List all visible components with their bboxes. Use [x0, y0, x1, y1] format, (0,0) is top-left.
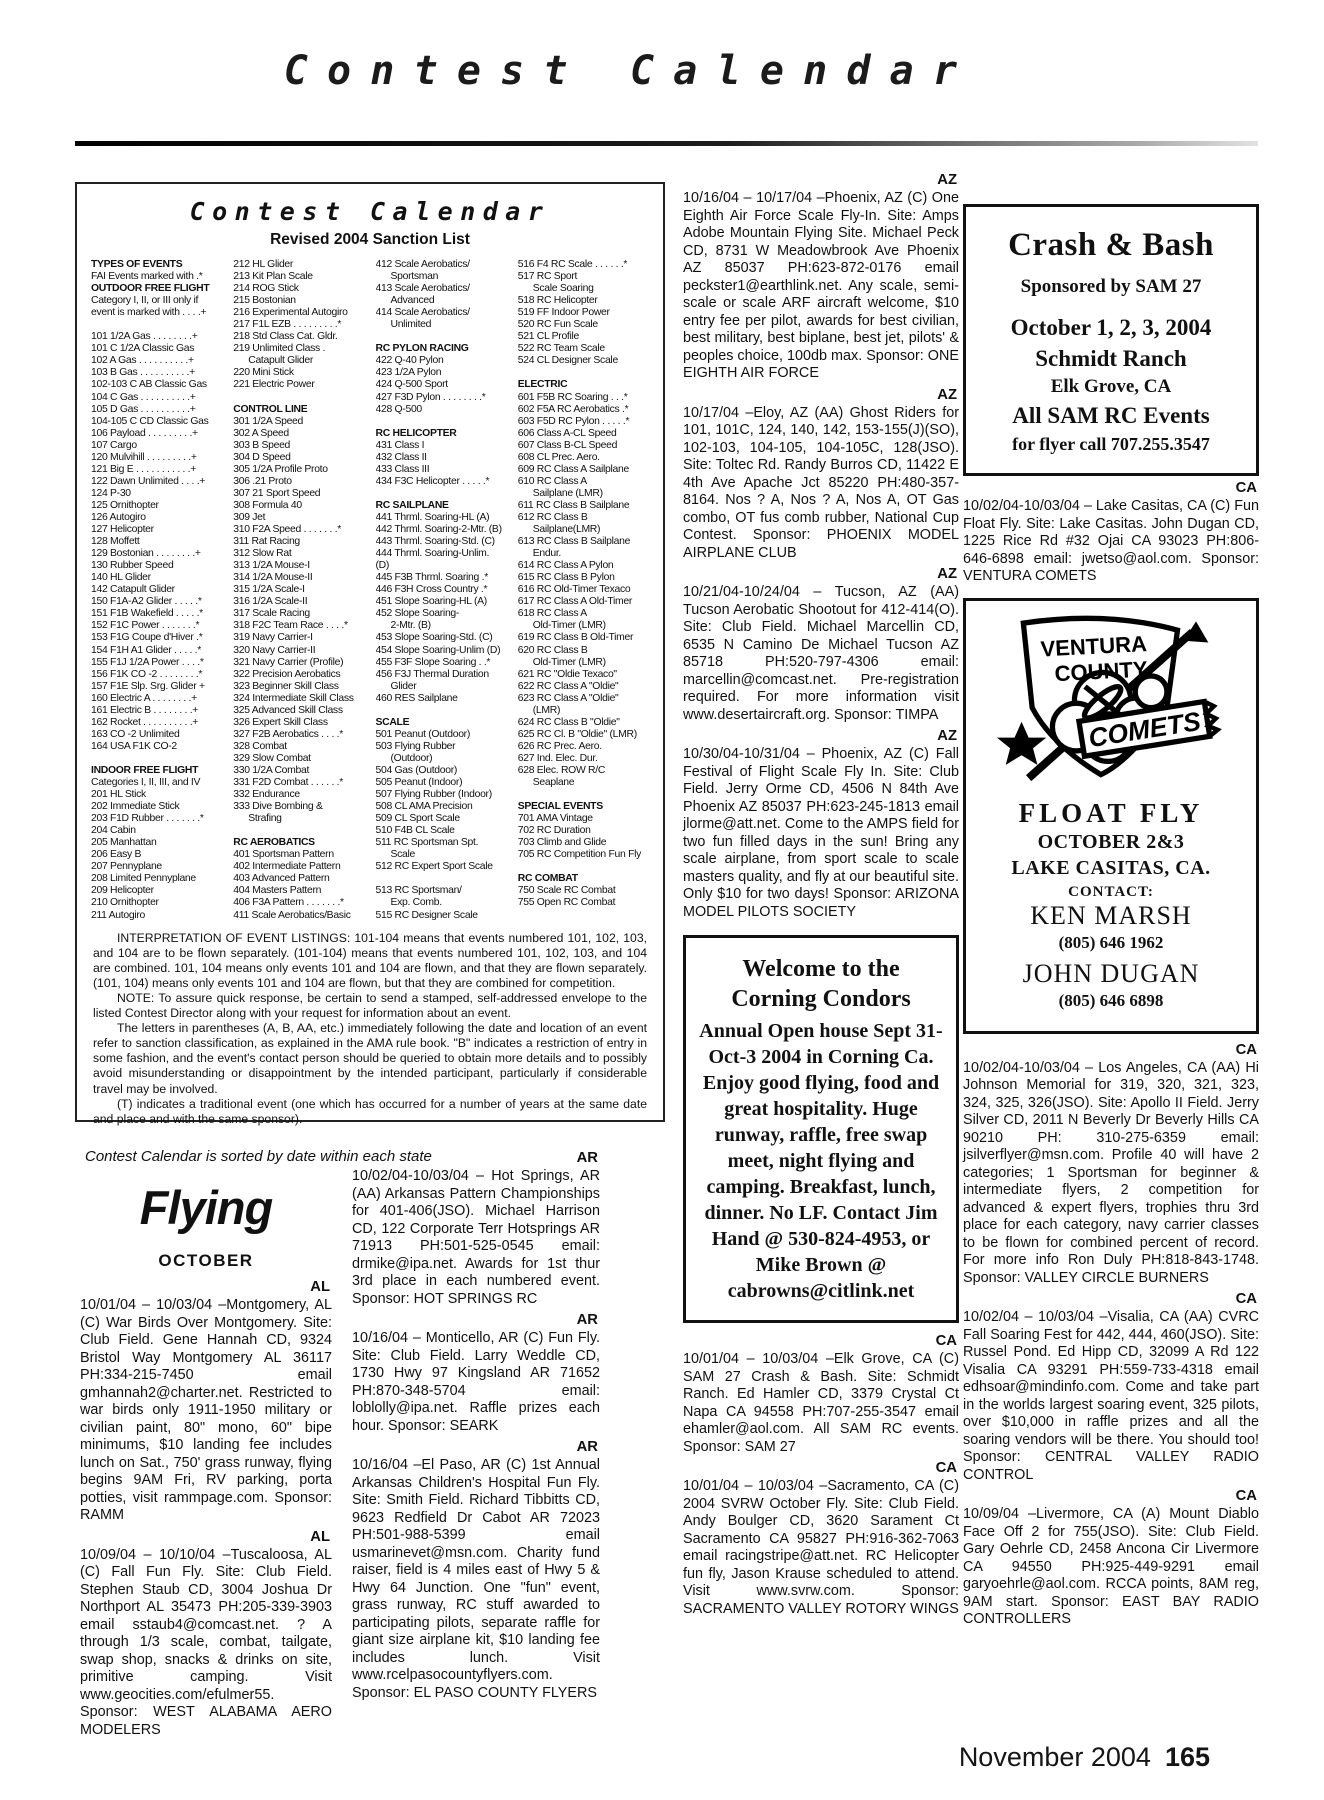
- sanction-column-4: 516 F4 RC Scale . . . . . .*517 RC Sport…: [518, 259, 651, 922]
- corning-condors-ad: Welcome to the Corning Condors Annual Op…: [683, 935, 959, 1323]
- sanction-line: 452 Slope Soaring-: [376, 608, 509, 620]
- sanction-line: 140 HL Glider: [91, 572, 224, 584]
- sanction-line: 153 F1G Coupe d'Hiver .*: [91, 632, 224, 644]
- sanction-line: [376, 488, 509, 500]
- sanction-line: 442 Thrml. Soaring-2-Mtr. (B): [376, 524, 509, 536]
- event-listing: 10/02/04-10/03/04 – Hot Springs, AR (AA)…: [352, 1168, 600, 1308]
- state-label: CA: [963, 1291, 1257, 1308]
- sanction-line: 609 RC Class A Sailplane: [518, 464, 651, 476]
- sanction-line: 619 RC Class B Old-Timer: [518, 632, 651, 644]
- sanction-line: 316 1/2A Scale-II: [233, 596, 366, 608]
- sanction-line: 303 B Speed: [233, 440, 366, 452]
- sanction-line: 322 Precision Aerobatics: [233, 669, 366, 681]
- sanction-line: RC HELICOPTER: [376, 428, 509, 440]
- header-rule: [75, 141, 1258, 146]
- ad-line: FLOAT FLY: [972, 798, 1250, 829]
- sanction-line: 518 RC Helicopter: [518, 295, 651, 307]
- ventura-comets-logo: VENTURA COUNTY COMETS: [978, 609, 1245, 794]
- sanction-line: 221 Electric Power: [233, 379, 366, 391]
- sanction-line: [91, 753, 224, 765]
- crash-bash-ad: Crash & BashSponsored by SAM 27October 1…: [963, 204, 1259, 476]
- sanction-line: 327 F2B Aerobatics . . . .*: [233, 729, 366, 741]
- sanction-line: 212 HL Glider: [233, 259, 366, 271]
- sanction-line: 446 F3H Cross Country .*: [376, 584, 509, 596]
- sanction-line: 423 1/2A Pylon: [376, 367, 509, 379]
- sanction-line: 323 Beginner Skill Class: [233, 681, 366, 693]
- sanction-line: [376, 331, 509, 343]
- sanction-line: 2-Mtr. (B): [376, 620, 509, 632]
- sanction-line: RC PYLON RACING: [376, 343, 509, 355]
- sanction-line: 441 Thrml. Soaring-HL (A): [376, 512, 509, 524]
- sanction-line: 504 Gas (Outdoor): [376, 765, 509, 777]
- sanction-line: 608 CL Prec. Aero.: [518, 452, 651, 464]
- sanction-line: 154 F1H A1 Glider . . . . .*: [91, 645, 224, 657]
- sanction-line: 610 RC Class A: [518, 476, 651, 488]
- sanction-line: 455 F3F Slope Soaring . .*: [376, 657, 509, 669]
- sanction-line: 305 1/2A Profile Proto: [233, 464, 366, 476]
- sanction-line: 214 ROG Stick: [233, 283, 366, 295]
- sanction-line: 615 RC Class B Pylon: [518, 572, 651, 584]
- sanction-line: 208 Limited Pennyplane: [91, 873, 224, 885]
- sanction-line: 331 F2D Combat . . . . . .*: [233, 777, 366, 789]
- sanction-line: 616 RC Old-Timer Texaco: [518, 584, 651, 596]
- column-az-ca: AZ10/16/04 – 10/17/04 –Phoenix, AZ (C) O…: [683, 168, 959, 1620]
- sanction-line: 404 Masters Pattern: [233, 885, 366, 897]
- state-label: CA: [963, 1042, 1257, 1059]
- ventura-comets-ad: VENTURA COUNTY COMETS FLOAT FLYOCTOBER 2…: [963, 598, 1259, 1034]
- sanction-line: 623 RC Class A "Oldie": [518, 693, 651, 705]
- sanction-line: 301 1/2A Speed: [233, 416, 366, 428]
- sanction-line: 102 A Gas . . . . . . . . . .+: [91, 355, 224, 367]
- sanction-line: Scale: [376, 849, 509, 861]
- sanction-line: 432 Class II: [376, 452, 509, 464]
- sanction-line: 621 RC "Oldie Texaco": [518, 669, 651, 681]
- sanction-line: (D): [376, 560, 509, 572]
- sanction-line: Exp. Comb.: [376, 897, 509, 909]
- sanction-list-box: Contest Calendar Revised 2004 Sanction L…: [75, 182, 665, 1122]
- sanction-line: 703 Climb and Glide: [518, 837, 651, 849]
- ad-line: All SAM RC Events: [970, 400, 1252, 431]
- column-right-ca: Crash & BashSponsored by SAM 27October 1…: [963, 190, 1259, 1631]
- state-label: AR: [352, 1439, 598, 1456]
- state-label: AR: [352, 1150, 598, 1167]
- sanction-line: 422 Q-40 Pylon: [376, 355, 509, 367]
- sanction-line: Categories I, II, III, and IV: [91, 777, 224, 789]
- sanction-line: 202 Immediate Stick: [91, 801, 224, 813]
- sanction-line: 126 Autogiro: [91, 512, 224, 524]
- ca-right-top-listings: CA10/02/04-10/03/04 – Lake Casitas, CA (…: [963, 480, 1259, 586]
- sanction-line: 317 Scale Racing: [233, 608, 366, 620]
- sanction-line: 162 Rocket . . . . . . . . . .+: [91, 717, 224, 729]
- sanction-line: 102-103 C AB Classic Gas: [91, 379, 224, 391]
- sanction-line: 613 RC Class B Sailplane: [518, 536, 651, 548]
- sanction-column-1: TYPES OF EVENTSFAI Events marked with .*…: [91, 259, 224, 922]
- sanction-line: 306 .21 Proto: [233, 476, 366, 488]
- interpretation-paragraph: The letters in parentheses (A, B, AA, et…: [93, 1021, 647, 1096]
- sanction-line: 521 CL Profile: [518, 331, 651, 343]
- sanction-line: Category I, II, or III only if: [91, 295, 224, 307]
- ad-line: OCTOBER 2&3: [972, 829, 1250, 855]
- sanction-line: (Outdoor): [376, 753, 509, 765]
- ad-line: for flyer call 707.255.3547: [970, 434, 1252, 455]
- state-label: AR: [352, 1312, 598, 1329]
- sanction-line: 216 Experimental Autogiro: [233, 307, 366, 319]
- state-label: AL: [80, 1279, 330, 1296]
- sanction-line: 130 Rubber Speed: [91, 560, 224, 572]
- sanction-line: RC AEROBATICS: [233, 837, 366, 849]
- sanction-line: 414 Scale Aerobatics/: [376, 307, 509, 319]
- sanction-line: 454 Slope Soaring-Unlim (D): [376, 645, 509, 657]
- sanction-column-2: 212 HL Glider213 Kit Plan Scale214 ROG S…: [233, 259, 366, 922]
- sanction-line: 451 Slope Soaring-HL (A): [376, 596, 509, 608]
- sanction-line: 617 RC Class A Old-Timer: [518, 596, 651, 608]
- sanction-line: 601 F5B RC Soaring . . .*: [518, 392, 651, 404]
- event-listing: 10/01/04 – 10/03/04 –Sacramento, CA (C) …: [683, 1478, 959, 1618]
- event-listing: 10/21/04-10/24/04 – Tucson, AZ (AA) Tucs…: [683, 584, 959, 724]
- sanction-line: 509 CL Sport Scale: [376, 813, 509, 825]
- sanction-line: RC COMBAT: [518, 873, 651, 885]
- sanction-line: 325 Advanced Skill Class: [233, 705, 366, 717]
- sanction-line: 406 F3A Pattern . . . . . . .*: [233, 897, 366, 909]
- page-title: Contest Calendar: [75, 48, 1185, 94]
- sanction-line: Sportsman: [376, 271, 509, 283]
- sanction-line: 308 Formula 40: [233, 500, 366, 512]
- sanction-line: 211 Autogiro: [91, 910, 224, 922]
- sanction-line: 309 Jet: [233, 512, 366, 524]
- column-flying-al: Flying OCTOBER AL10/01/04 – 10/03/04 –Mo…: [80, 1172, 332, 1741]
- event-listing: 10/09/04 –Livermore, CA (A) Mount Diablo…: [963, 1506, 1259, 1629]
- sanction-line: 128 Moffett: [91, 536, 224, 548]
- sanction-line: ELECTRIC: [518, 379, 651, 391]
- sanction-line: 103 B Gas . . . . . . . . . .+: [91, 367, 224, 379]
- ad-line: CONTACT:: [972, 884, 1250, 901]
- state-label: AZ: [683, 566, 957, 583]
- sanction-line: 310 F2A Speed . . . . . . .*: [233, 524, 366, 536]
- sanction-line: 620 RC Class B: [518, 645, 651, 657]
- state-label: CA: [683, 1333, 957, 1350]
- sanction-line: 313 1/2A Mouse-I: [233, 560, 366, 572]
- sanction-line: 320 Navy Carrier-II: [233, 645, 366, 657]
- logo-star-icon: [996, 721, 1045, 764]
- sanction-line: 622 RC Class A "Oldie": [518, 681, 651, 693]
- ca-mid-listings: CA10/01/04 – 10/03/04 –Elk Grove, CA (C)…: [683, 1333, 959, 1618]
- ad-line: LAKE CASITAS, CA.: [972, 855, 1250, 881]
- event-listing: 10/17/04 –Eloy, AZ (AA) Ghost Riders for…: [683, 405, 959, 563]
- sanction-line: Old-Timer (LMR): [518, 657, 651, 669]
- sanction-line: 701 AMA Vintage: [518, 813, 651, 825]
- sanction-line: 433 Class III: [376, 464, 509, 476]
- sanction-line: 155 F1J 1/2A Power . . . .*: [91, 657, 224, 669]
- sanction-line: CONTROL LINE: [233, 404, 366, 416]
- sanction-line: Strafing: [233, 813, 366, 825]
- sanction-line: INDOOR FREE FLIGHT: [91, 765, 224, 777]
- sanction-line: 307 21 Sport Speed: [233, 488, 366, 500]
- sanction-line: 201 HL Stick: [91, 789, 224, 801]
- sanction-line: 203 F1D Rubber . . . . . . .*: [91, 813, 224, 825]
- sanction-line: 403 Advanced Pattern: [233, 873, 366, 885]
- sanction-line: 427 F3D Pylon . . . . . . . .*: [376, 392, 509, 404]
- sanction-line: 333 Dive Bombing &: [233, 801, 366, 813]
- sanction-line: 106 Payload . . . . . . . . .+: [91, 428, 224, 440]
- sanction-line: Catapult Glider: [233, 355, 366, 367]
- sanction-line: SCALE: [376, 717, 509, 729]
- state-label: AZ: [683, 728, 957, 745]
- sanction-column-3: 412 Scale Aerobatics/Sportsman413 Scale …: [376, 259, 509, 922]
- event-listing: 10/01/04 – 10/03/04 –Elk Grove, CA (C) S…: [683, 1351, 959, 1456]
- sanction-line: 626 RC Prec. Aero.: [518, 741, 651, 753]
- sanction-line: 501 Peanut (Outdoor): [376, 729, 509, 741]
- sanction-line: 512 RC Expert Sport Scale: [376, 861, 509, 873]
- ad-line: JOHN DUGAN: [972, 959, 1250, 989]
- sanction-line: [518, 861, 651, 873]
- corning-ad-title-line2: Corning Condors: [731, 986, 910, 1012]
- sanction-line: Sailplane (LMR): [518, 488, 651, 500]
- ventura-ad-lines: FLOAT FLYOCTOBER 2&3LAKE CASITAS, CA.CON…: [972, 798, 1250, 1012]
- sanction-line: 602 F5A RC Aerobatics .*: [518, 404, 651, 416]
- al-listings: AL10/01/04 – 10/03/04 –Montgomery, AL (C…: [80, 1279, 332, 1739]
- event-listing: 10/02/04-10/03/04 – Los Angeles, CA (AA)…: [963, 1060, 1259, 1288]
- sanction-line: 151 F1B Wakefield . . . . .*: [91, 608, 224, 620]
- sanction-columns: TYPES OF EVENTSFAI Events marked with .*…: [77, 249, 663, 922]
- sanction-line: 522 RC Team Scale: [518, 343, 651, 355]
- state-label: AL: [80, 1529, 330, 1546]
- sanction-line: 207 Pennyplane: [91, 861, 224, 873]
- sanction-line: 755 Open RC Combat: [518, 897, 651, 909]
- sanction-line: 614 RC Class A Pylon: [518, 560, 651, 572]
- sanction-line: 603 F5D RC Pylon . . . . .*: [518, 416, 651, 428]
- sanction-line: 312 Slow Rat: [233, 548, 366, 560]
- sanction-line: 105 D Gas . . . . . . . . . .+: [91, 404, 224, 416]
- state-label: AZ: [683, 172, 957, 189]
- sanction-line: Glider: [376, 681, 509, 693]
- sanction-line: 510 F4B CL Scale: [376, 825, 509, 837]
- sanction-line: 445 F3B Thrml. Soaring .*: [376, 572, 509, 584]
- sanction-line: 321 Navy Carrier (Profile): [233, 657, 366, 669]
- sanction-line: 318 F2C Team Race . . . .*: [233, 620, 366, 632]
- event-listing: 10/30/04-10/31/04 – Phoenix, AZ (C) Fall…: [683, 746, 959, 921]
- sanction-line: 304 D Speed: [233, 452, 366, 464]
- sanction-line: 209 Helicopter: [91, 885, 224, 897]
- footer-page-number: 165: [1165, 1742, 1210, 1772]
- sanction-line: 443 Thrml. Soaring-Std. (C): [376, 536, 509, 548]
- interpretation-notes: INTERPRETATION OF EVENT LISTINGS: 101-10…: [77, 922, 663, 1127]
- ad-line: Elk Grove, CA: [970, 374, 1252, 400]
- event-listing: 10/16/04 – Monticello, AR (C) Fun Fly. S…: [352, 1330, 600, 1435]
- sanction-line: 513 RC Sportsman/: [376, 885, 509, 897]
- sanction-line: 206 Easy B: [91, 849, 224, 861]
- ad-line: October 1, 2, 3, 2004: [970, 312, 1252, 343]
- ad-line: Sponsored by SAM 27: [970, 274, 1252, 300]
- sanction-line: Endur.: [518, 548, 651, 560]
- sanction-line: OUTDOOR FREE FLIGHT: [91, 283, 224, 295]
- sanction-line: 750 Scale RC Combat: [518, 885, 651, 897]
- event-listing: 10/16/04 –El Paso, AR (C) 1st Annual Ark…: [352, 1457, 600, 1702]
- state-label: CA: [683, 1460, 957, 1477]
- ad-line: KEN MARSH: [972, 901, 1250, 931]
- sanction-line: 219 Unlimited Class .: [233, 343, 366, 355]
- sanction-line: FAI Events marked with .*: [91, 271, 224, 283]
- sanction-line: 412 Scale Aerobatics/: [376, 259, 509, 271]
- sanction-line: 520 RC Fun Scale: [518, 319, 651, 331]
- sanction-line: 326 Expert Skill Class: [233, 717, 366, 729]
- event-listing: 10/02/04 – 10/03/04 –Visalia, CA (AA) CV…: [963, 1309, 1259, 1484]
- sanction-line: 431 Class I: [376, 440, 509, 452]
- sanction-line: 164 USA F1K CO-2: [91, 741, 224, 753]
- sanction-line: 330 1/2A Combat: [233, 765, 366, 777]
- sanction-line: 324 Intermediate Skill Class: [233, 693, 366, 705]
- sanction-line: 311 Rat Racing: [233, 536, 366, 548]
- sanction-line: 624 RC Class B "Oldie": [518, 717, 651, 729]
- sanction-line: 332 Endurance: [233, 789, 366, 801]
- sanction-line: 101 1/2A Gas . . . . . . . .+: [91, 331, 224, 343]
- sanction-box-title: Contest Calendar: [77, 197, 663, 226]
- sanction-line: SPECIAL EVENTS: [518, 801, 651, 813]
- sanction-line: 129 Bostonian . . . . . . . .+: [91, 548, 224, 560]
- sanction-line: 156 F1K CO -2 . . . . . . . .*: [91, 669, 224, 681]
- sanction-line: 215 Bostonian: [233, 295, 366, 307]
- sanction-line: 611 RC Class B Sailplane: [518, 500, 651, 512]
- sanction-line: 612 RC Class B: [518, 512, 651, 524]
- event-listing: 10/09/04 – 10/10/04 –Tuscaloosa, AL (C) …: [80, 1547, 332, 1740]
- sanction-line: 456 F3J Thermal Duration: [376, 669, 509, 681]
- sanction-line: 505 Peanut (Indoor): [376, 777, 509, 789]
- sanction-line: Seaplane: [518, 777, 651, 789]
- sanction-line: 104 C Gas . . . . . . . . . .+: [91, 392, 224, 404]
- sanction-line: [518, 789, 651, 801]
- sanction-line: 625 RC Cl. B "Oldie" (LMR): [518, 729, 651, 741]
- state-label: CA: [963, 1488, 1257, 1505]
- sanction-line: 411 Scale Aerobatics/Basic: [233, 910, 366, 922]
- az-listings: AZ10/16/04 – 10/17/04 –Phoenix, AZ (C) O…: [683, 172, 959, 921]
- state-label: AZ: [683, 387, 957, 404]
- sanction-line: 104-105 C CD Classic Gas: [91, 416, 224, 428]
- sanction-line: 328 Combat: [233, 741, 366, 753]
- sanction-line: [376, 416, 509, 428]
- sanction-line: 124 P-30: [91, 488, 224, 500]
- sanction-line: 101 C 1/2A Classic Gas: [91, 343, 224, 355]
- sanction-line: 519 FF Indoor Power: [518, 307, 651, 319]
- sanction-line: 508 CL AMA Precision: [376, 801, 509, 813]
- sanction-line: 413 Scale Aerobatics/: [376, 283, 509, 295]
- sanction-line: 127 Helicopter: [91, 524, 224, 536]
- sanction-line: [233, 825, 366, 837]
- sanction-line: 319 Navy Carrier-I: [233, 632, 366, 644]
- sanction-line: 515 RC Designer Scale: [376, 910, 509, 922]
- sanction-line: 204 Cabin: [91, 825, 224, 837]
- sanction-line: 152 F1C Power . . . . . . .*: [91, 620, 224, 632]
- sanction-line: Advanced: [376, 295, 509, 307]
- sanction-line: 516 F4 RC Scale . . . . . .*: [518, 259, 651, 271]
- event-listing: 10/02/04-10/03/04 – Lake Casitas, CA (C)…: [963, 498, 1259, 586]
- sanction-line: (LMR): [518, 705, 651, 717]
- sanction-line: 424 Q-500 Sport: [376, 379, 509, 391]
- sanction-line: 329 Slow Combat: [233, 753, 366, 765]
- corning-ad-title-line1: Welcome to the: [742, 956, 899, 982]
- event-listing: 10/01/04 – 10/03/04 –Montgomery, AL (C) …: [80, 1297, 332, 1525]
- sanction-line: 210 Ornithopter: [91, 897, 224, 909]
- sanction-line: 401 Sportsman Pattern: [233, 849, 366, 861]
- sanction-line: 460 RES Sailplane: [376, 693, 509, 705]
- corning-ad-body: Annual Open house Sept 31-Oct-3 2004 in …: [698, 1018, 944, 1304]
- sanction-line: 107 Cargo: [91, 440, 224, 452]
- ad-line: Crash & Bash: [970, 227, 1252, 264]
- column-ar: AR10/02/04-10/03/04 – Hot Springs, AR (A…: [352, 1146, 600, 1704]
- sanction-line: 220 Mini Stick: [233, 367, 366, 379]
- sanction-line: 142 Catapult Glider: [91, 584, 224, 596]
- sanction-line: [91, 319, 224, 331]
- sanction-line: 218 Std Class Cat. Gldr.: [233, 331, 366, 343]
- sanction-line: 161 Electric B . . . . . . . .+: [91, 705, 224, 717]
- sanction-line: 434 F3C Helicopter . . . . .*: [376, 476, 509, 488]
- sanction-line: 213 Kit Plan Scale: [233, 271, 366, 283]
- sanction-line: [376, 873, 509, 885]
- sanction-line: 121 Big E . . . . . . . . . . .+: [91, 464, 224, 476]
- sanction-line: [233, 392, 366, 404]
- state-label: CA: [963, 480, 1257, 497]
- magazine-page: Contest Calendar Contest Calendar Revise…: [0, 0, 1324, 1800]
- event-listing: 10/16/04 – 10/17/04 –Phoenix, AZ (C) One…: [683, 190, 959, 383]
- sanction-line: 628 Elec. ROW R/C: [518, 765, 651, 777]
- sanction-line: 157 F1E Slp. Srg. Glider +: [91, 681, 224, 693]
- sanction-line: 606 Class A-CL Speed: [518, 428, 651, 440]
- month-heading: OCTOBER: [80, 1251, 332, 1271]
- sanction-line: 507 Flying Rubber (Indoor): [376, 789, 509, 801]
- sanction-line: Old-Timer (LMR): [518, 620, 651, 632]
- sanction-line: 302 A Speed: [233, 428, 366, 440]
- footer-issue: November 2004: [959, 1742, 1151, 1772]
- sanction-line: TYPES OF EVENTS: [91, 259, 224, 271]
- sanction-line: event is marked with . . . .+: [91, 307, 224, 319]
- sanction-line: [518, 367, 651, 379]
- ad-line: Schmidt Ranch: [970, 343, 1252, 374]
- sanction-line: 453 Slope Soaring-Std. (C): [376, 632, 509, 644]
- sanction-line: Scale Soaring: [518, 283, 651, 295]
- page-footer: November 2004165: [690, 1742, 1210, 1773]
- sanction-line: 607 Class B-CL Speed: [518, 440, 651, 452]
- sanction-line: 503 Flying Rubber: [376, 741, 509, 753]
- ca-right-bottom-listings: CA10/02/04-10/03/04 – Los Angeles, CA (A…: [963, 1042, 1259, 1629]
- sanction-line: Unlimited: [376, 319, 509, 331]
- sanction-line: 120 Mulvihill . . . . . . . . .+: [91, 452, 224, 464]
- sanction-line: [376, 705, 509, 717]
- ad-line: (805) 646 1962: [972, 931, 1250, 954]
- sanction-line: 618 RC Class A: [518, 608, 651, 620]
- interpretation-paragraph: (T) indicates a traditional event (one w…: [93, 1097, 647, 1127]
- sanction-line: 217 F1L EZB . . . . . . . . .*: [233, 319, 366, 331]
- sanction-line: 705 RC Competition Fun Fly: [518, 849, 651, 861]
- logo-text-county: COUNTY: [1054, 656, 1148, 686]
- sanction-line: 125 Ornithopter: [91, 500, 224, 512]
- sanction-line: RC SAILPLANE: [376, 500, 509, 512]
- ad-line: (805) 646 6898: [972, 989, 1250, 1012]
- sanction-line: 314 1/2A Mouse-II: [233, 572, 366, 584]
- sanction-line: 428 Q-500: [376, 404, 509, 416]
- sanction-line: 444 Thrml. Soaring-Unlim.: [376, 548, 509, 560]
- sanction-line: 511 RC Sportsman Spt.: [376, 837, 509, 849]
- sanction-line: 122 Dawn Unlimited . . . .+: [91, 476, 224, 488]
- section-title-flying: Flying: [80, 1180, 332, 1235]
- sanction-line: 150 F1A-A2 Glider . . . . .*: [91, 596, 224, 608]
- sanction-line: 524 CL Designer Scale: [518, 355, 651, 367]
- sanction-line: 163 CO -2 Unlimited: [91, 729, 224, 741]
- sanction-box-subtitle: Revised 2004 Sanction List: [77, 231, 663, 249]
- sanction-line: Sailplane(LMR): [518, 524, 651, 536]
- corning-ad-title: Welcome to the Corning Condors: [698, 954, 944, 1014]
- interpretation-paragraph: INTERPRETATION OF EVENT LISTINGS: 101-10…: [93, 931, 647, 991]
- sanction-line: 402 Intermediate Pattern: [233, 861, 366, 873]
- sanction-line: 160 Electric A . . . . . . . .+: [91, 693, 224, 705]
- sanction-line: 702 RC Duration: [518, 825, 651, 837]
